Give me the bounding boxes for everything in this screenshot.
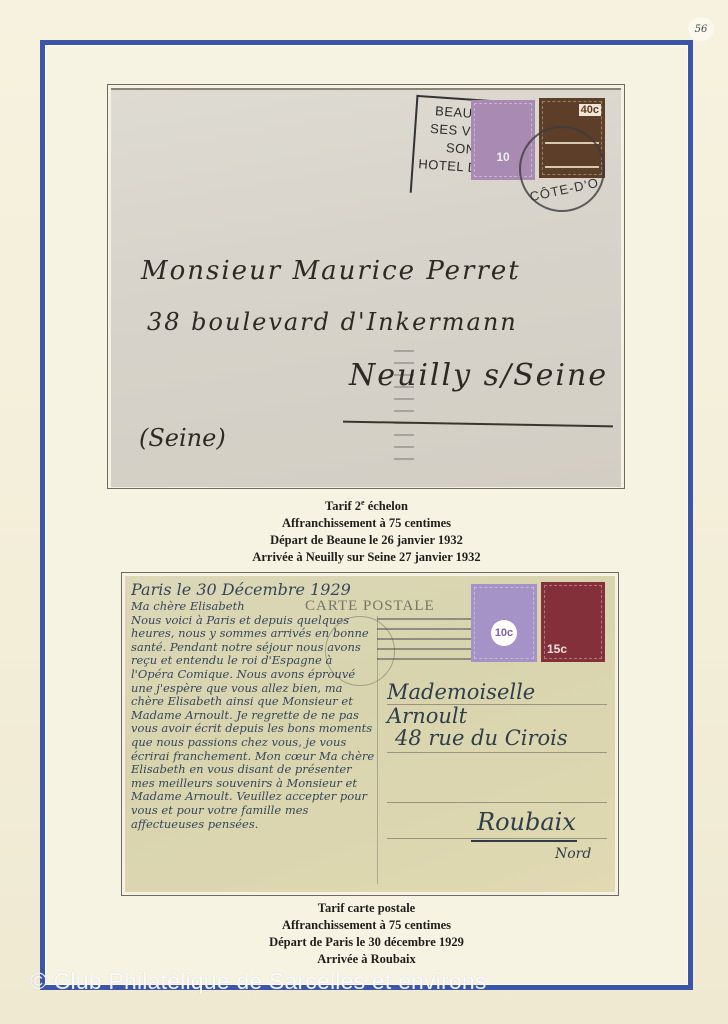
envelope-mount: BEAUNE SES VINS SON HOTEL DIEU 10 40c CÔ… <box>107 84 625 489</box>
address-rule <box>387 752 607 753</box>
address-line: Monsieur Maurice Perret <box>141 256 521 286</box>
postcard-caption: Tarif carte postale Affranchissement à 7… <box>40 900 693 968</box>
address-line: Roubaix <box>477 808 576 836</box>
stamp-value: 10c <box>491 620 517 646</box>
caption-line: Arrivée à Neuilly sur Seine 27 janvier 1… <box>40 549 693 566</box>
caption-line: Départ de Beaune le 26 janvier 1932 <box>40 532 693 549</box>
stamp-blanc-10c: 10c <box>471 584 537 662</box>
stamp-value: 15c <box>547 642 567 656</box>
postcard-mount: Paris le 30 Décembre 1929Ma chère Elisab… <box>121 572 619 896</box>
address-underline <box>471 840 577 842</box>
caption-line: Affranchissement à 75 centimes <box>40 917 693 934</box>
address-underline <box>343 421 613 428</box>
address-line: (Seine) <box>139 424 226 452</box>
caption-line: Tarif carte postale <box>40 900 693 917</box>
album-page: 56 BEAUNE SES VINS SON HOTEL DIEU 10 40c… <box>0 0 728 1024</box>
letter-heading: Paris le 30 Décembre 1929 <box>131 580 375 600</box>
caption-text: échelon <box>365 499 408 513</box>
stamp-semeuse-15c: 15c <box>541 582 605 662</box>
caption-text: Tarif 2 <box>325 499 361 513</box>
address-line: Neuilly s/Seine <box>349 358 608 393</box>
address-rule <box>387 802 607 803</box>
stamp-value: 40c <box>579 104 601 116</box>
postcard: Paris le 30 Décembre 1929Ma chère Elisab… <box>125 576 615 892</box>
envelope-cover: BEAUNE SES VINS SON HOTEL DIEU 10 40c CÔ… <box>111 88 621 487</box>
address-line: 38 boulevard d'Inkermann <box>147 308 518 336</box>
caption-line: Tarif 2e échelon <box>40 494 693 515</box>
envelope-caption: Tarif 2e échelon Affranchissement à 75 c… <box>40 494 693 566</box>
address-line: Nord <box>555 846 591 862</box>
stamp-value: 10 <box>496 150 509 164</box>
machine-cancel-marks <box>377 610 477 660</box>
caption-line: Affranchissement à 75 centimes <box>40 515 693 532</box>
page-number: 56 <box>688 17 714 41</box>
copyright-watermark: © Club Philatélique de Sarcelles et envi… <box>30 968 487 995</box>
address-line: 48 rue du Cirois <box>395 726 568 750</box>
address-line: Mademoiselle Arnoult <box>387 680 615 728</box>
address-rule <box>387 838 607 839</box>
caption-line: Arrivée à Roubaix <box>40 951 693 968</box>
caption-line: Départ de Paris le 30 décembre 1929 <box>40 934 693 951</box>
